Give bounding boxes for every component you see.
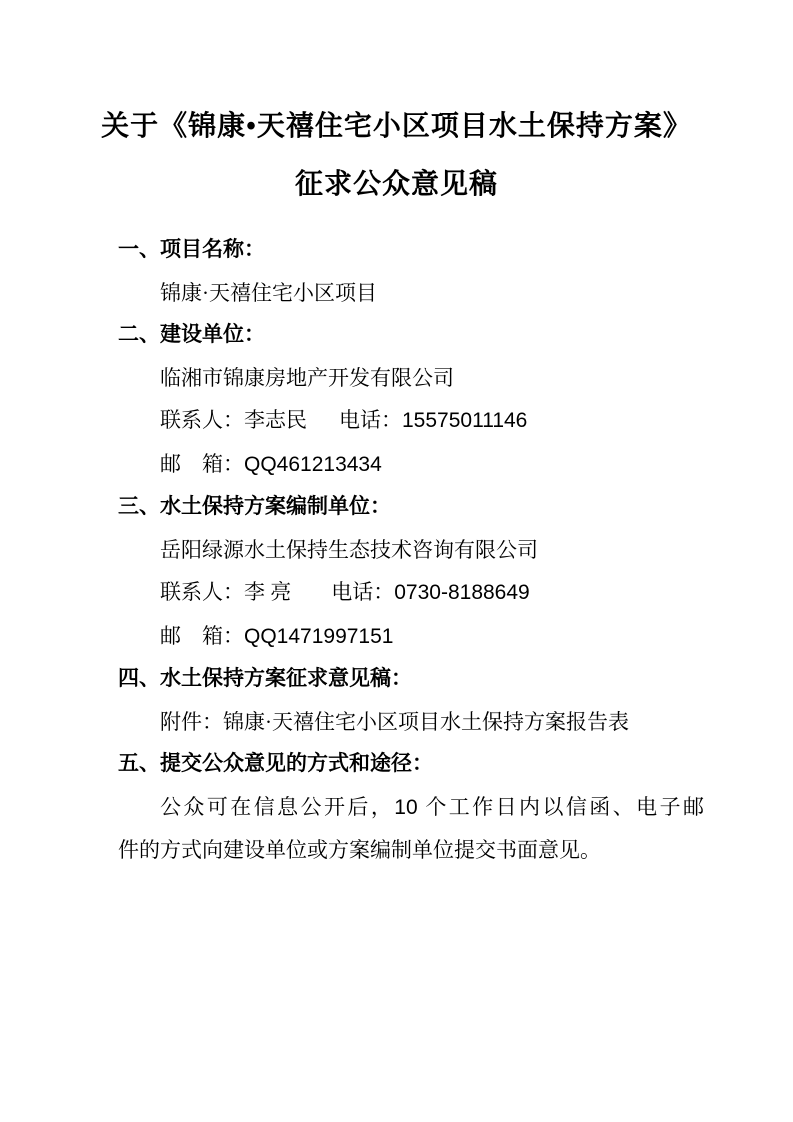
section-4-number: 四、 [118, 658, 160, 701]
section-5-paragraph-line-1: 公众可在信息公开后，10 个工作日内以信函、电子邮 [118, 786, 704, 830]
section-3-phone-label: 电话： [331, 580, 394, 604]
section-4-attachment: 附件：锦康·天禧住宅小区项目水土保持方案报告表 [118, 701, 704, 744]
section-2-phone-value: 15575011146 [402, 409, 527, 432]
section-2-email-label: 邮 箱： [160, 452, 244, 476]
section-3-email-label: 邮 箱： [160, 624, 244, 648]
document-body: 一、 项目名称： 锦康·天禧住宅小区项目 二、 建设单位： 临湘市锦康房地产开发… [118, 229, 704, 872]
section-3-email-line: 邮 箱：QQ1471997151 [118, 615, 704, 659]
section-5-paragraph-line-2: 件的方式向建设单位或方案编制单位提交书面意见。 [118, 829, 704, 872]
section-2-heading-text: 建设单位： [160, 314, 265, 357]
paragraph-text-post: 个工作日内以信函、电子邮 [418, 795, 704, 819]
document-title: 关于《锦康•天禧住宅小区项目水土保持方案》 征求公众意见稿 [0, 0, 793, 214]
section-3-heading: 三、 水土保持方案编制单位： [118, 486, 704, 529]
section-1-number: 一、 [118, 229, 160, 272]
section-5-heading-text: 提交公众意见的方式和途径： [160, 743, 433, 786]
section-1-heading-text: 项目名称： [160, 229, 265, 272]
section-5-heading: 五、 提交公众意见的方式和途径： [118, 743, 704, 786]
section-5-number: 五、 [118, 743, 160, 786]
document-title-line-1: 关于《锦康•天禧住宅小区项目水土保持方案》 [0, 98, 793, 156]
section-3-email-value: QQ1471997151 [244, 625, 393, 648]
section-3-phone-value: 0730-8188649 [394, 581, 529, 604]
document-page: 关于《锦康•天禧住宅小区项目水土保持方案》 征求公众意见稿 一、 项目名称： 锦… [0, 0, 793, 1122]
section-3-company: 岳阳绿源水土保持生态技术咨询有限公司 [118, 529, 704, 572]
section-2-email-line: 邮 箱：QQ461213434 [118, 443, 704, 487]
section-2-phone-label: 电话： [339, 408, 402, 432]
section-2-heading: 二、 建设单位： [118, 314, 704, 357]
section-4-heading: 四、 水土保持方案征求意见稿： [118, 658, 704, 701]
section-3-contact-line: 联系人：李 亮电话：0730-8188649 [118, 571, 704, 615]
paragraph-number: 10 [394, 796, 417, 819]
section-2-company: 临湘市锦康房地产开发有限公司 [118, 357, 704, 400]
section-3-contact-person: 联系人：李 亮 [160, 580, 291, 604]
section-3-number: 三、 [118, 486, 160, 529]
section-1-body: 锦康·天禧住宅小区项目 [118, 272, 704, 315]
section-2-number: 二、 [118, 314, 160, 357]
section-2-contact-person: 联系人：李志民 [160, 408, 307, 432]
section-2-email-value: QQ461213434 [244, 453, 382, 476]
document-title-line-2: 征求公众意见稿 [0, 156, 793, 214]
section-4-heading-text: 水土保持方案征求意见稿： [160, 658, 412, 701]
paragraph-text-pre: 公众可在信息公开后， [160, 795, 394, 819]
section-1-heading: 一、 项目名称： [118, 229, 704, 272]
section-3-heading-text: 水土保持方案编制单位： [160, 486, 391, 529]
section-2-contact-line: 联系人：李志民电话：15575011146 [118, 399, 704, 443]
